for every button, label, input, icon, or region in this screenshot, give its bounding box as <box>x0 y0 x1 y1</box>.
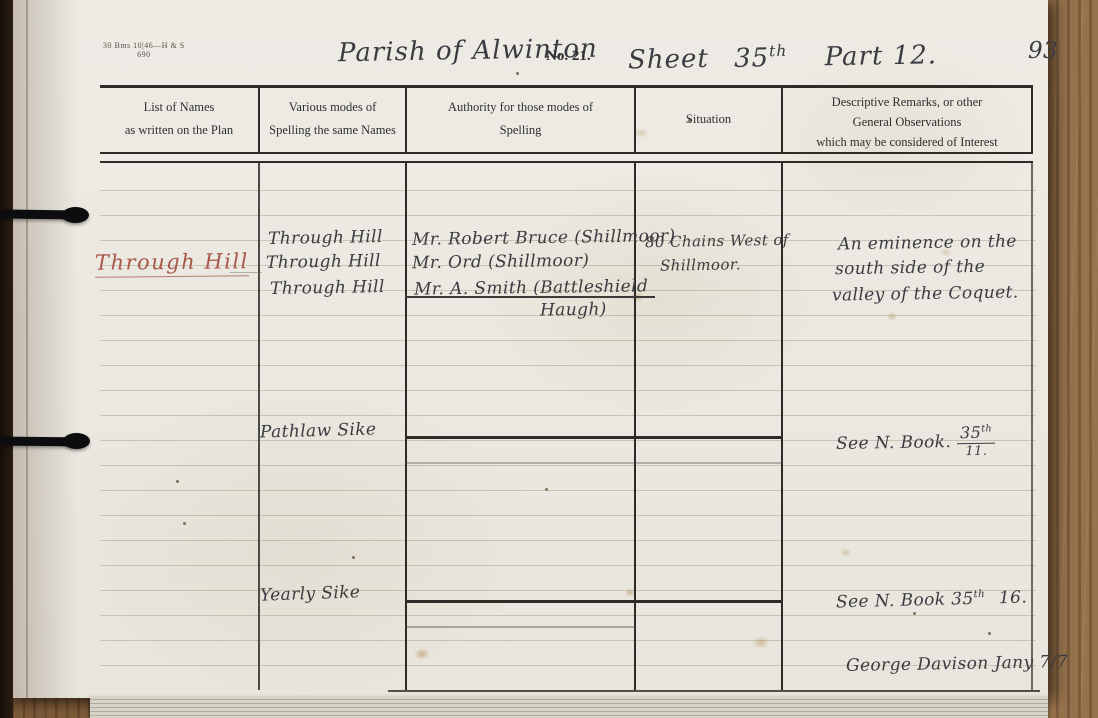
scanned-name-book-page: 30 Bms 10|46—H & S 690 Parish of Alwinto… <box>0 0 1098 718</box>
stacked-page-edges <box>90 696 1048 718</box>
page-bottom-edge <box>388 690 1040 692</box>
sheet-number-label: No. 21. <box>546 48 591 65</box>
entry3-remark-text: See N. Book 35 <box>836 589 974 613</box>
entry3-remark-tail: 16. <box>999 588 1028 609</box>
entry1-spelling-3: Through Hill <box>270 277 385 299</box>
entry2-blank-rule-faint <box>405 462 783 464</box>
speck <box>516 72 519 75</box>
entry1-name-on-plan: Through Hill <box>95 249 249 278</box>
col-header-situation: Situation <box>636 108 781 131</box>
header-divider-right <box>1031 85 1033 153</box>
col-header-line: as written on the Plan <box>100 119 258 142</box>
table-top-rule <box>100 85 1033 88</box>
folio-page-number: 93 <box>1028 38 1058 64</box>
entry1-authority-1: Mr. Robert Bruce (Shillmoor) <box>412 226 676 250</box>
entry1-remark-1: An eminence on the <box>838 231 1017 254</box>
entry1-authority-2: Mr. Ord (Shillmoor) <box>412 251 590 273</box>
col-header-line: Spelling the same Names <box>260 119 405 142</box>
fraction-denominator: 11. <box>965 442 987 459</box>
body-divider-right <box>1031 163 1033 690</box>
entry2-spelling: Pathlaw Sike <box>260 419 377 442</box>
part-number: Part 12. <box>824 40 937 72</box>
col-header-line: Spelling <box>407 119 634 142</box>
book-spine-edge <box>0 0 13 718</box>
entry1-spelling-1: Through Hill <box>268 227 383 249</box>
body-divider-2 <box>405 163 407 690</box>
printer-stamp: 30 Bms 10|46—H & S 690 <box>103 41 185 59</box>
col-header-line: General Observations <box>783 112 1031 132</box>
col-header-line: Situation <box>636 108 781 131</box>
entry1-situation-1: 80 Chains West of <box>645 231 789 252</box>
entry1-situation-2: Shillmoor. <box>660 255 741 274</box>
entry2-blank-rule <box>405 436 783 439</box>
page-fold-crease <box>26 0 28 698</box>
col-header-line: Authority for those modes of <box>407 96 634 119</box>
col-header-authority: Authority for those modes of Spelling <box>407 96 634 142</box>
entry3-blank-rule-faint <box>405 626 635 628</box>
sheet-title: Sheet 35th Part 12. <box>628 39 938 75</box>
col-header-spellings: Various modes of Spelling the same Names <box>260 96 405 142</box>
binding-shadow <box>8 0 78 698</box>
examiner-signature: George Davison Jany 7/7 <box>846 652 1068 676</box>
sheet-number: 35 <box>734 43 770 74</box>
binding-cord-top-knot <box>62 207 89 223</box>
entry1-spelling-2: Through Hill <box>266 251 381 273</box>
col-header-line: Various modes of <box>260 96 405 119</box>
col-header-names: List of Names as written on the Plan <box>100 96 258 142</box>
printer-stamp-line2: 690 <box>103 50 185 59</box>
entry1-authority-rule <box>405 296 655 298</box>
col-header-line: List of Names <box>100 96 258 119</box>
entry1-authority-3b: Haugh) <box>540 300 607 321</box>
col-header-line: which may be considered of Interest <box>783 132 1031 152</box>
entry1-remark-2: south side of the <box>835 257 985 280</box>
col-header-remarks: Descriptive Remarks, or other General Ob… <box>783 92 1031 152</box>
entry2-remark: See N. Book.35th11. <box>836 425 996 462</box>
entry3-blank-rule <box>405 600 783 603</box>
table-header-rule-upper <box>100 152 1033 154</box>
col-header-line: Descriptive Remarks, or other <box>783 92 1031 112</box>
entry1-name-underline-tail <box>230 272 262 273</box>
entry3-remark-sup: th <box>973 589 985 600</box>
entry2-remark-text: See N. Book. <box>836 432 952 454</box>
entry2-remark-fraction: 35th11. <box>957 425 996 460</box>
entry3-spelling: Yearly Sike <box>260 582 361 605</box>
sheet-number-suffix: th <box>769 42 788 60</box>
binding-cord-bottom-knot <box>63 433 90 449</box>
sheet-word: Sheet <box>628 44 709 75</box>
printer-stamp-line1: 30 Bms 10|46—H & S <box>103 41 185 50</box>
table-header-rule-lower <box>100 161 1033 163</box>
entry1-remark-3: valley of the Coquet. <box>832 282 1019 305</box>
